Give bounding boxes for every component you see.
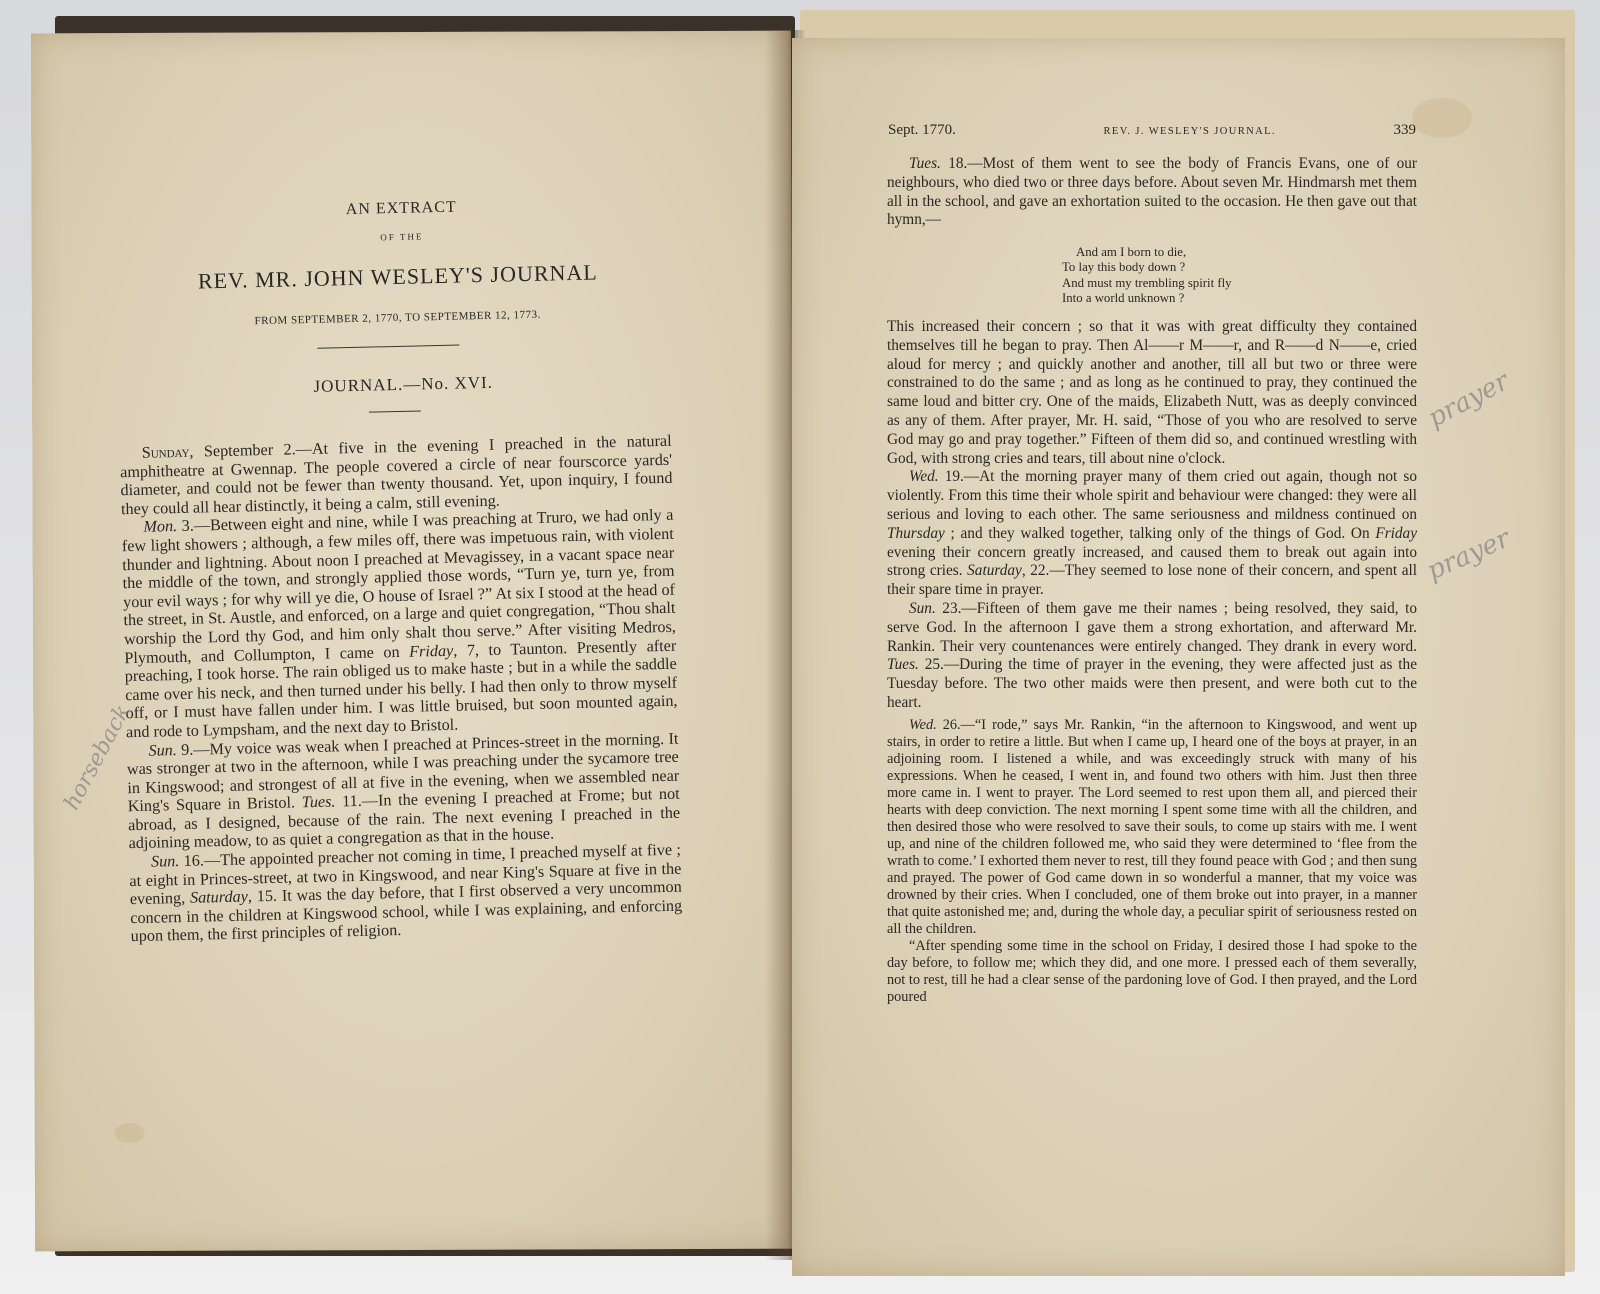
- left-page-content: AN EXTRACT OF THE REV. MR. JOHN WESLEY'S…: [113, 154, 683, 946]
- hymn-line: Into a world unknown ?: [1062, 291, 1417, 306]
- hymn-line: To lay this body down ?: [1062, 260, 1417, 275]
- entry-emphasis: Saturday: [190, 888, 248, 907]
- entry-text: ; and they walked together, talking only…: [945, 525, 1376, 542]
- section-divider: [369, 410, 421, 412]
- entry-text: , September 2.—At five in the evening I …: [120, 432, 673, 518]
- entry-text: 18.—Most of them went to see the body of…: [887, 155, 1417, 228]
- extract-heading: AN EXTRACT: [136, 194, 666, 224]
- entry-day: Sunday: [142, 443, 190, 462]
- hymn-line: And must my trembling spirit fly: [1062, 276, 1417, 291]
- entry-day: Wed.: [909, 717, 937, 733]
- entry-text: 19.—At the morning prayer many of them c…: [887, 468, 1417, 523]
- entry-text: 23.—Fifteen of them gave me their names …: [887, 600, 1417, 655]
- entry-emphasis: Friday: [409, 641, 453, 660]
- journal-entry: Sun. 23.—Fifteen of them gave me their n…: [887, 600, 1417, 713]
- rankin-quote: Wed. 26.—“I rode,” says Mr. Rankin, “in …: [887, 717, 1417, 1006]
- paper-stain: [115, 1123, 145, 1143]
- journal-entry: Sun. 9.—My voice was weak when I preache…: [126, 729, 680, 853]
- entry-day: Tues.: [909, 155, 941, 172]
- journal-entry: Sun. 16.—The appointed preacher not comi…: [129, 841, 683, 946]
- entry-day: Mon.: [143, 517, 177, 536]
- entry-text: 26.—“I rode,” says Mr. Rankin, “in the a…: [887, 717, 1417, 937]
- entry-emphasis: Tues.: [887, 656, 919, 673]
- entry-day: Sun.: [148, 741, 177, 760]
- header-date: Sept. 1770.: [888, 122, 956, 139]
- journal-entry: Mon. 3.—Between eight and nine, while I …: [121, 506, 678, 742]
- left-page-body: Sunday, September 2.—At five in the even…: [120, 432, 683, 946]
- entry-text: 25.—During the time of prayer in the eve…: [887, 656, 1417, 711]
- journal-title: REV. MR. JOHN WESLEY'S JOURNAL: [128, 258, 668, 296]
- journal-paragraph: “After spending some time in the school …: [887, 938, 1417, 1006]
- journal-entry: Sunday, September 2.—At five in the even…: [120, 432, 674, 519]
- entry-emphasis: Friday: [1375, 525, 1417, 542]
- journal-entry: Wed. 19.—At the morning prayer many of t…: [887, 468, 1417, 600]
- entry-emphasis: Saturday: [967, 562, 1022, 579]
- entry-emphasis: Tues.: [302, 793, 336, 812]
- hymn-line: And am I born to die,: [1062, 245, 1417, 260]
- right-page-body: Tues. 18.—Most of them went to see the b…: [887, 155, 1417, 1006]
- running-title: REV. J. WESLEY'S JOURNAL.: [1103, 126, 1275, 137]
- journal-number-heading: JOURNAL.—No. XVI.: [136, 369, 670, 401]
- hymn-verse: And am I born to die, To lay this body d…: [1062, 245, 1417, 306]
- page-number: 339: [1393, 122, 1416, 139]
- paper-stain: [1412, 98, 1472, 138]
- journal-entry: Tues. 18.—Most of them went to see the b…: [887, 155, 1417, 230]
- entry-day: Sun.: [909, 600, 936, 617]
- of-the-subheading: OF THE: [137, 226, 667, 248]
- entry-emphasis: Thursday: [887, 525, 945, 542]
- title-divider: [317, 345, 459, 349]
- entry-day: Wed.: [909, 468, 939, 485]
- running-header: Sept. 1770. REV. J. WESLEY'S JOURNAL. 33…: [888, 122, 1416, 139]
- journal-date-range: FROM SEPTEMBER 2, 1770, TO SEPTEMBER 12,…: [127, 306, 669, 330]
- journal-paragraph: This increased their concern ; so that i…: [887, 318, 1417, 468]
- journal-entry: Wed. 26.—“I rode,” says Mr. Rankin, “in …: [887, 717, 1417, 938]
- entry-day: Sun.: [151, 852, 180, 871]
